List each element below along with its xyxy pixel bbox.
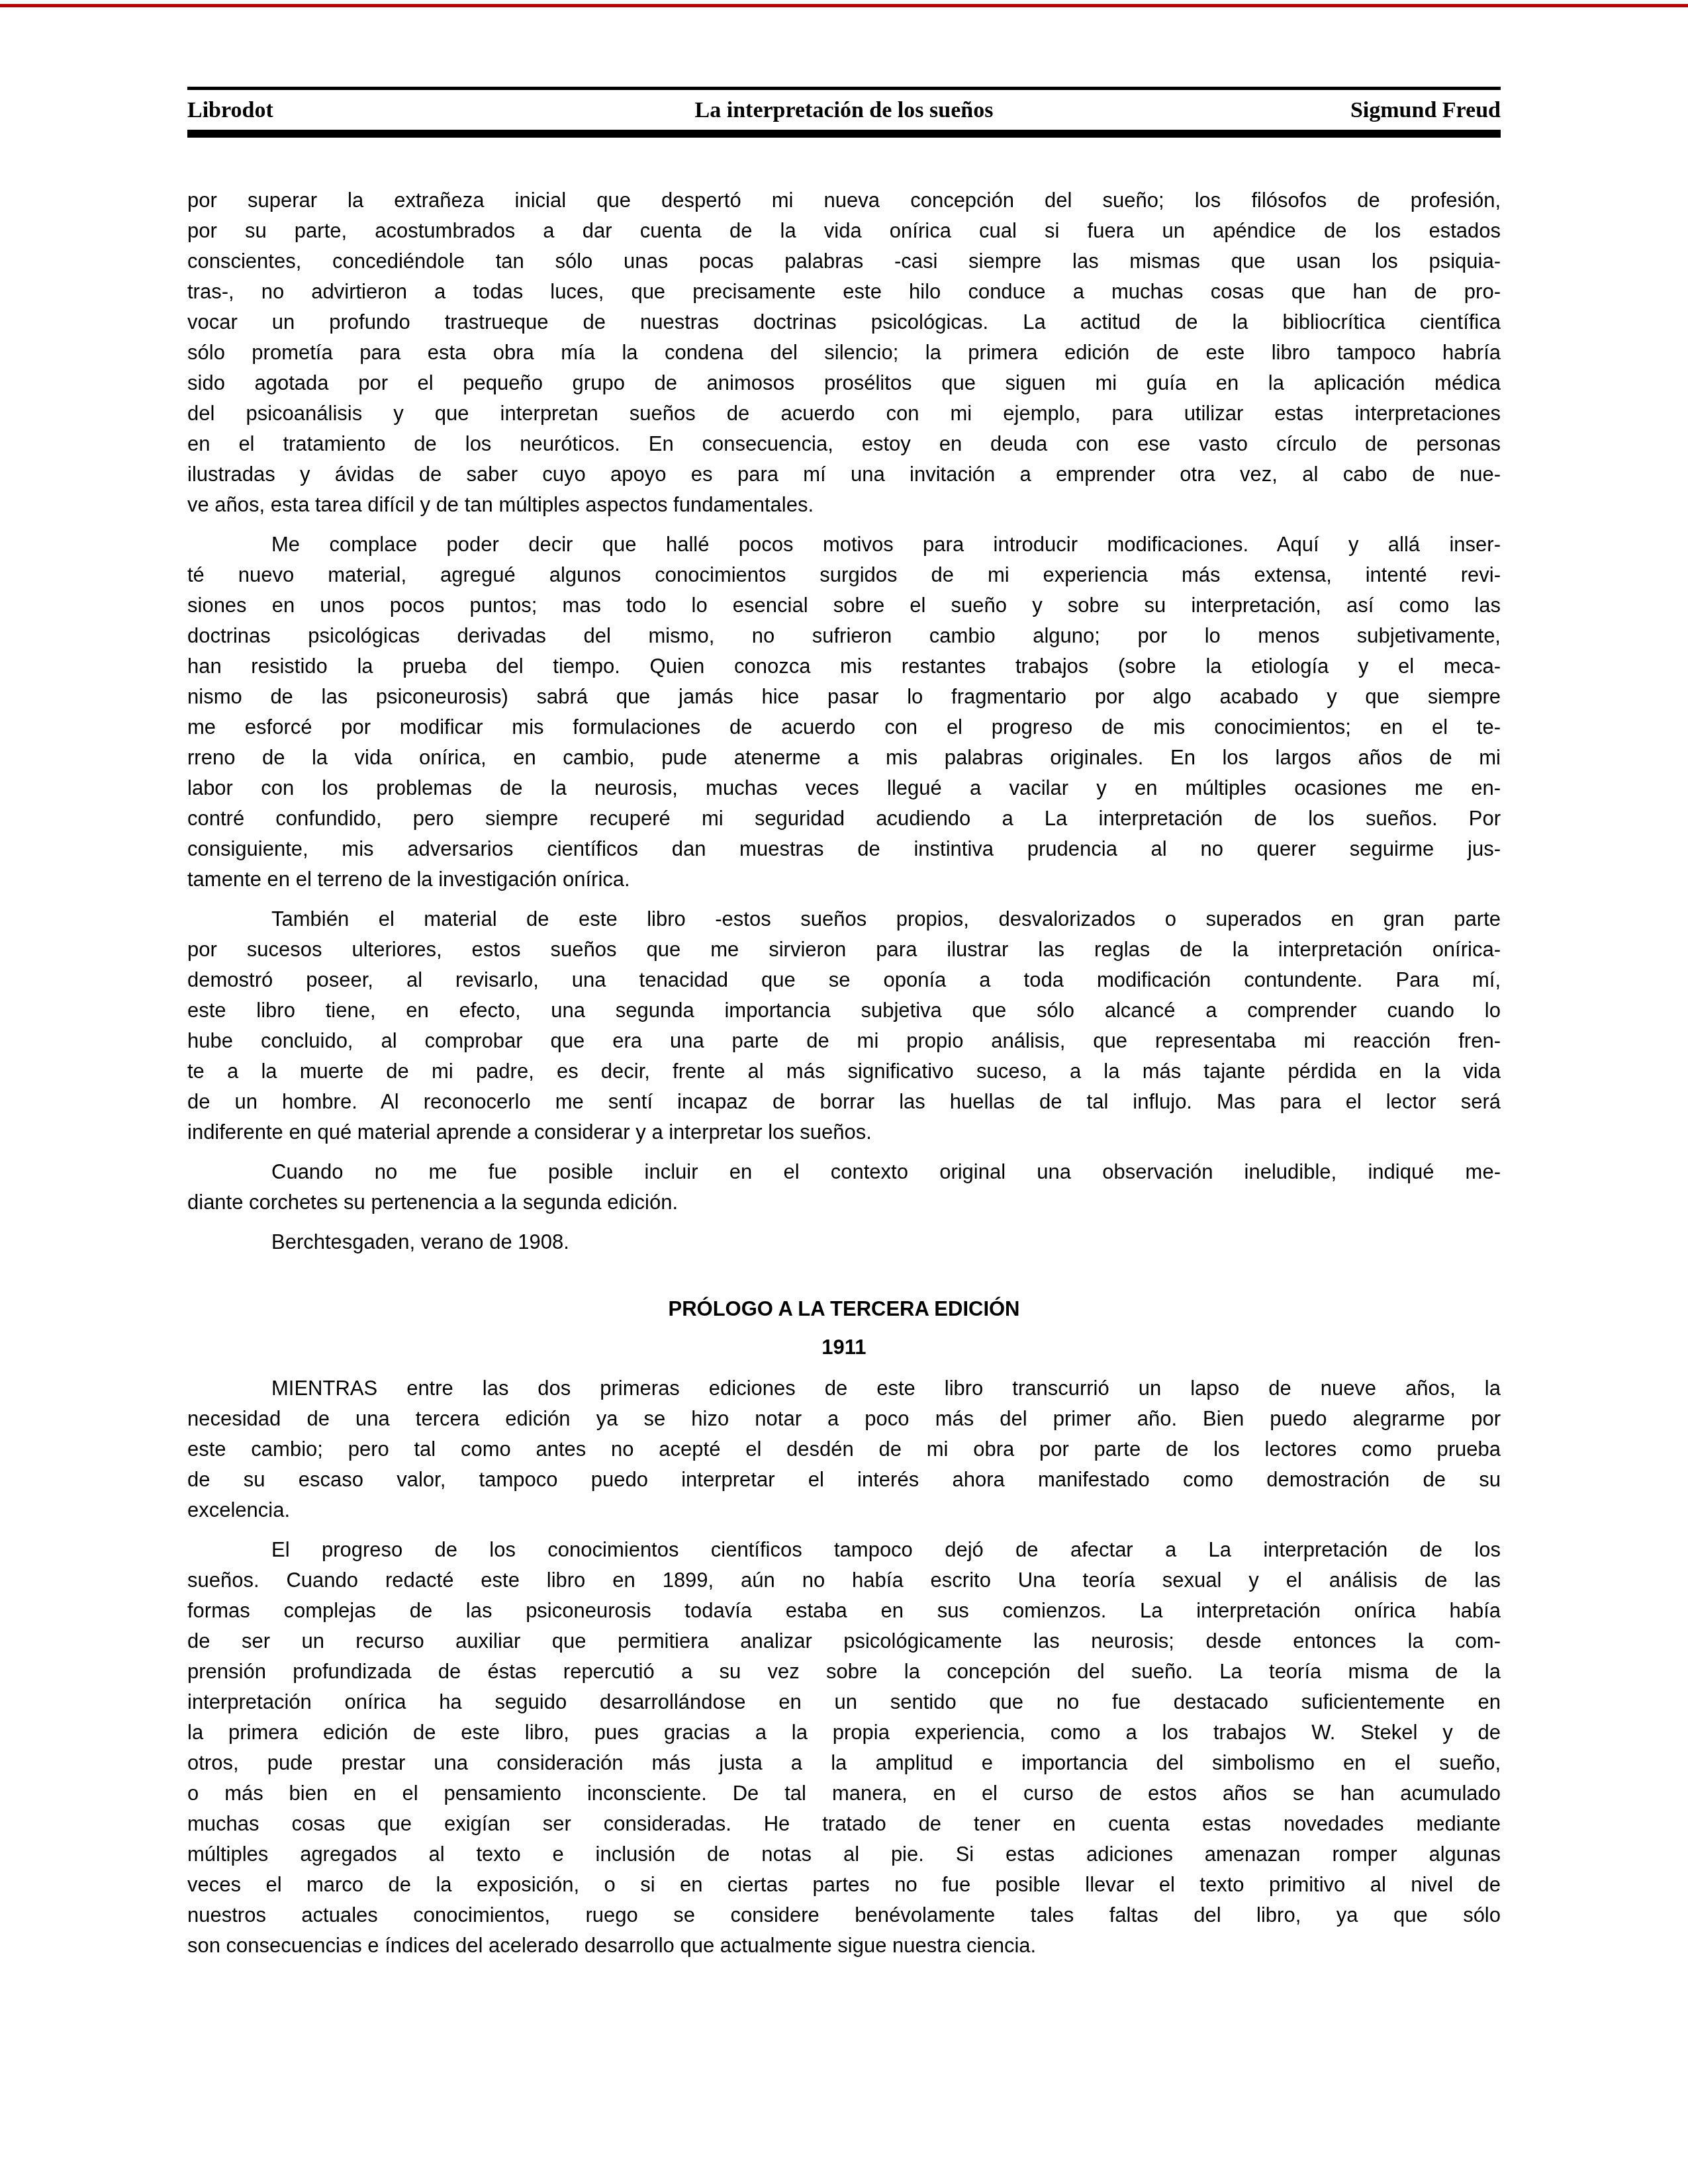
text-line: ve años, esta tarea difícil y de tan múl…: [187, 490, 1501, 520]
text-line: o más bien en el pensamiento inconscient…: [187, 1778, 1501, 1809]
text-line: en el tratamiento de los neuróticos. En …: [187, 429, 1501, 459]
page-content: Librodot La interpretación de los sueños…: [187, 87, 1501, 1961]
text-line: de un hombre. Al reconocerlo me sentí in…: [187, 1087, 1501, 1117]
text-line: té nuevo material, agregué algunos conoc…: [187, 560, 1501, 590]
text-line: de ser un recurso auxiliar que permitier…: [187, 1626, 1501, 1657]
text-line: muchas cosas que exigían ser considerada…: [187, 1809, 1501, 1839]
text-line: MIENTRAS entre las dos primeras edicione…: [187, 1373, 1501, 1404]
document-title: La interpretación de los sueños: [516, 98, 1172, 123]
text-line: la primera edición de este libro, pues g…: [187, 1717, 1501, 1748]
text-line: doctrinas psicológicas derivadas del mis…: [187, 621, 1501, 651]
document-page: { "page": { "top_line_color": "#c00000",…: [0, 0, 1688, 2184]
text-line: sueños. Cuando redacté este libro en 189…: [187, 1565, 1501, 1596]
text-line: ilustradas y ávidas de saber cuyo apoyo …: [187, 459, 1501, 490]
text-line: otros, pude prestar una consideración má…: [187, 1748, 1501, 1778]
text-line: son consecuencias e índices del acelerad…: [187, 1931, 1501, 1961]
date-line: Berchtesgaden, verano de 1908.: [187, 1227, 1501, 1257]
text-line: demostró poseer, al revisarlo, una tenac…: [187, 965, 1501, 995]
text-line: este libro tiene, en efecto, una segunda…: [187, 995, 1501, 1026]
paragraph: Cuando no me fue posible incluir en el c…: [187, 1157, 1501, 1218]
text-line: prensión profundizada de éstas repercuti…: [187, 1657, 1501, 1687]
text-line: este cambio; pero tal como antes no acep…: [187, 1434, 1501, 1465]
author-name: Sigmund Freud: [1172, 98, 1501, 123]
text-line: por superar la extrañeza inicial que des…: [187, 185, 1501, 216]
text-line: El progreso de los conocimientos científ…: [187, 1535, 1501, 1565]
text-line: sido agotada por el pequeño grupo de ani…: [187, 368, 1501, 398]
text-line: del psicoanálisis y que interpretan sueñ…: [187, 398, 1501, 429]
text-line: siones en unos pocos puntos; mas todo lo…: [187, 590, 1501, 621]
text-line: tras-, no advirtieron a todas luces, que…: [187, 277, 1501, 307]
edition-year: 1911: [187, 1332, 1501, 1363]
text-line: Me complace poder decir que hallé pocos …: [187, 529, 1501, 560]
text-line: conscientes, concediéndole tan sólo unas…: [187, 246, 1501, 277]
text-line: Cuando no me fue posible incluir en el c…: [187, 1157, 1501, 1187]
page-header: Librodot La interpretación de los sueños…: [187, 90, 1501, 130]
text-line: hube concluido, al comprobar que era una…: [187, 1026, 1501, 1056]
paragraph: Me complace poder decir que hallé pocos …: [187, 529, 1501, 895]
text-line: nismo de las psiconeurosis) sabrá que ja…: [187, 682, 1501, 712]
header-bottom-rule: [187, 130, 1501, 138]
text-line: interpretación onírica ha seguido desarr…: [187, 1687, 1501, 1717]
text-line: vocar un profundo trastrueque de nuestra…: [187, 307, 1501, 338]
paragraph: También el material de este libro -estos…: [187, 904, 1501, 1148]
publisher-name: Librodot: [187, 98, 516, 123]
text-line: Berchtesgaden, verano de 1908.: [187, 1227, 1501, 1257]
paragraph: por superar la extrañeza inicial que des…: [187, 185, 1501, 520]
text-line: También el material de este libro -estos…: [187, 904, 1501, 934]
text-line: necesidad de una tercera edición ya se h…: [187, 1404, 1501, 1434]
text-line: contré confundido, pero siempre recuperé…: [187, 803, 1501, 834]
text-line: te a la muerte de mi padre, es decir, fr…: [187, 1056, 1501, 1087]
paragraph: El progreso de los conocimientos científ…: [187, 1535, 1501, 1961]
page-top-red-line: [0, 4, 1688, 7]
text-line: rreno de la vida onírica, en cambio, pud…: [187, 743, 1501, 773]
text-line: nuestros actuales conocimientos, ruego s…: [187, 1900, 1501, 1931]
text-line: por sucesos ulteriores, estos sueños que…: [187, 934, 1501, 965]
text-line: formas complejas de las psiconeurosis to…: [187, 1596, 1501, 1626]
paragraph: MIENTRAS entre las dos primeras edicione…: [187, 1373, 1501, 1525]
text-line: por su parte, acostumbrados a dar cuenta…: [187, 216, 1501, 246]
text-line: diante corchetes su pertenencia a la seg…: [187, 1187, 1501, 1218]
text-line: consiguiente, mis adversarios científico…: [187, 834, 1501, 864]
text-line: labor con los problemas de la neurosis, …: [187, 773, 1501, 803]
text-line: tamente en el terreno de la investigació…: [187, 864, 1501, 895]
text-line: sólo prometía para esta obra mía la cond…: [187, 338, 1501, 368]
text-line: de su escaso valor, tampoco puedo interp…: [187, 1465, 1501, 1495]
section-heading: PRÓLOGO A LA TERCERA EDICIÓN: [187, 1294, 1501, 1324]
text-line: excelencia.: [187, 1495, 1501, 1525]
document-body: por superar la extrañeza inicial que des…: [187, 138, 1501, 1961]
text-line: me esforcé por modificar mis formulacion…: [187, 712, 1501, 743]
text-line: han resistido la prueba del tiempo. Quie…: [187, 651, 1501, 682]
text-line: indiferente en qué material aprende a co…: [187, 1117, 1501, 1148]
text-line: múltiples agregados al texto e inclusión…: [187, 1839, 1501, 1870]
text-line: veces el marco de la exposición, o si en…: [187, 1870, 1501, 1900]
